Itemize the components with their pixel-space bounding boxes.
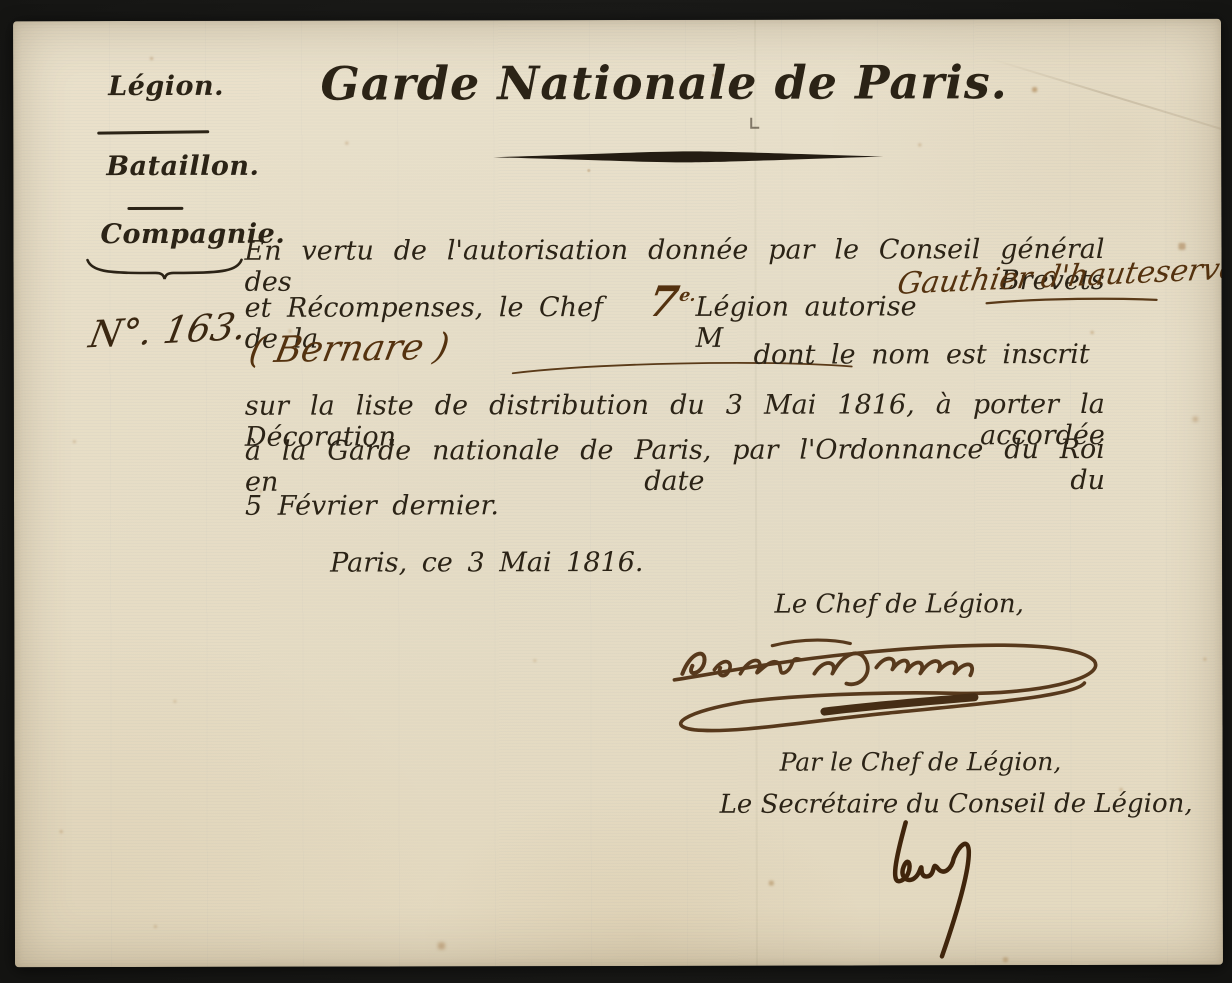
dateline: Paris, ce 3 Mai 1816. xyxy=(330,547,643,579)
brace-ornament xyxy=(84,257,246,281)
foxing-spots xyxy=(13,21,14,22)
document-number-value: 163. xyxy=(160,304,251,352)
margin-label-legion: Légion. xyxy=(106,71,226,102)
document-number: N°. 163. xyxy=(86,304,251,356)
corner-crease xyxy=(988,57,1223,132)
stray-ink-mark xyxy=(750,118,759,129)
certificate-paper: Légion. Bataillon. Compagnie. N°. 163. G… xyxy=(13,19,1223,968)
chef-signature xyxy=(654,621,1104,734)
handwritten-alias-name: ( Bernare ) xyxy=(246,327,453,372)
scanned-document-photo: { "colors": { "background": "#1a1a18", "… xyxy=(0,0,1232,983)
body-line-6: 5 Février dernier. xyxy=(245,490,499,522)
margin-rule-under-bataillon xyxy=(127,207,183,210)
document-title: Garde Nationale de Paris. xyxy=(314,55,1014,110)
body-line-5: à la Garde nationale de Paris, par l'Ord… xyxy=(245,434,1105,498)
body-line-3-printed: dont le nom est inscrit xyxy=(754,339,1090,371)
title-divider-rule xyxy=(493,149,883,164)
margin-rule-under-legion xyxy=(97,130,209,134)
handwritten-legion-number: 7e. xyxy=(647,286,697,312)
recipient-name-strike-flourish xyxy=(985,295,1160,305)
countersign-line-1: Par le Chef de Légion, xyxy=(780,747,1045,777)
margin-label-compagnie: Compagnie. xyxy=(100,219,230,250)
margin-label-bataillon: Bataillon. xyxy=(106,151,232,182)
legion-number-suffix: e. xyxy=(678,286,698,306)
document-number-prefix: N°. xyxy=(86,310,157,357)
chef-caption: Le Chef de Légion, xyxy=(759,589,1039,620)
secretary-signature xyxy=(870,814,985,964)
